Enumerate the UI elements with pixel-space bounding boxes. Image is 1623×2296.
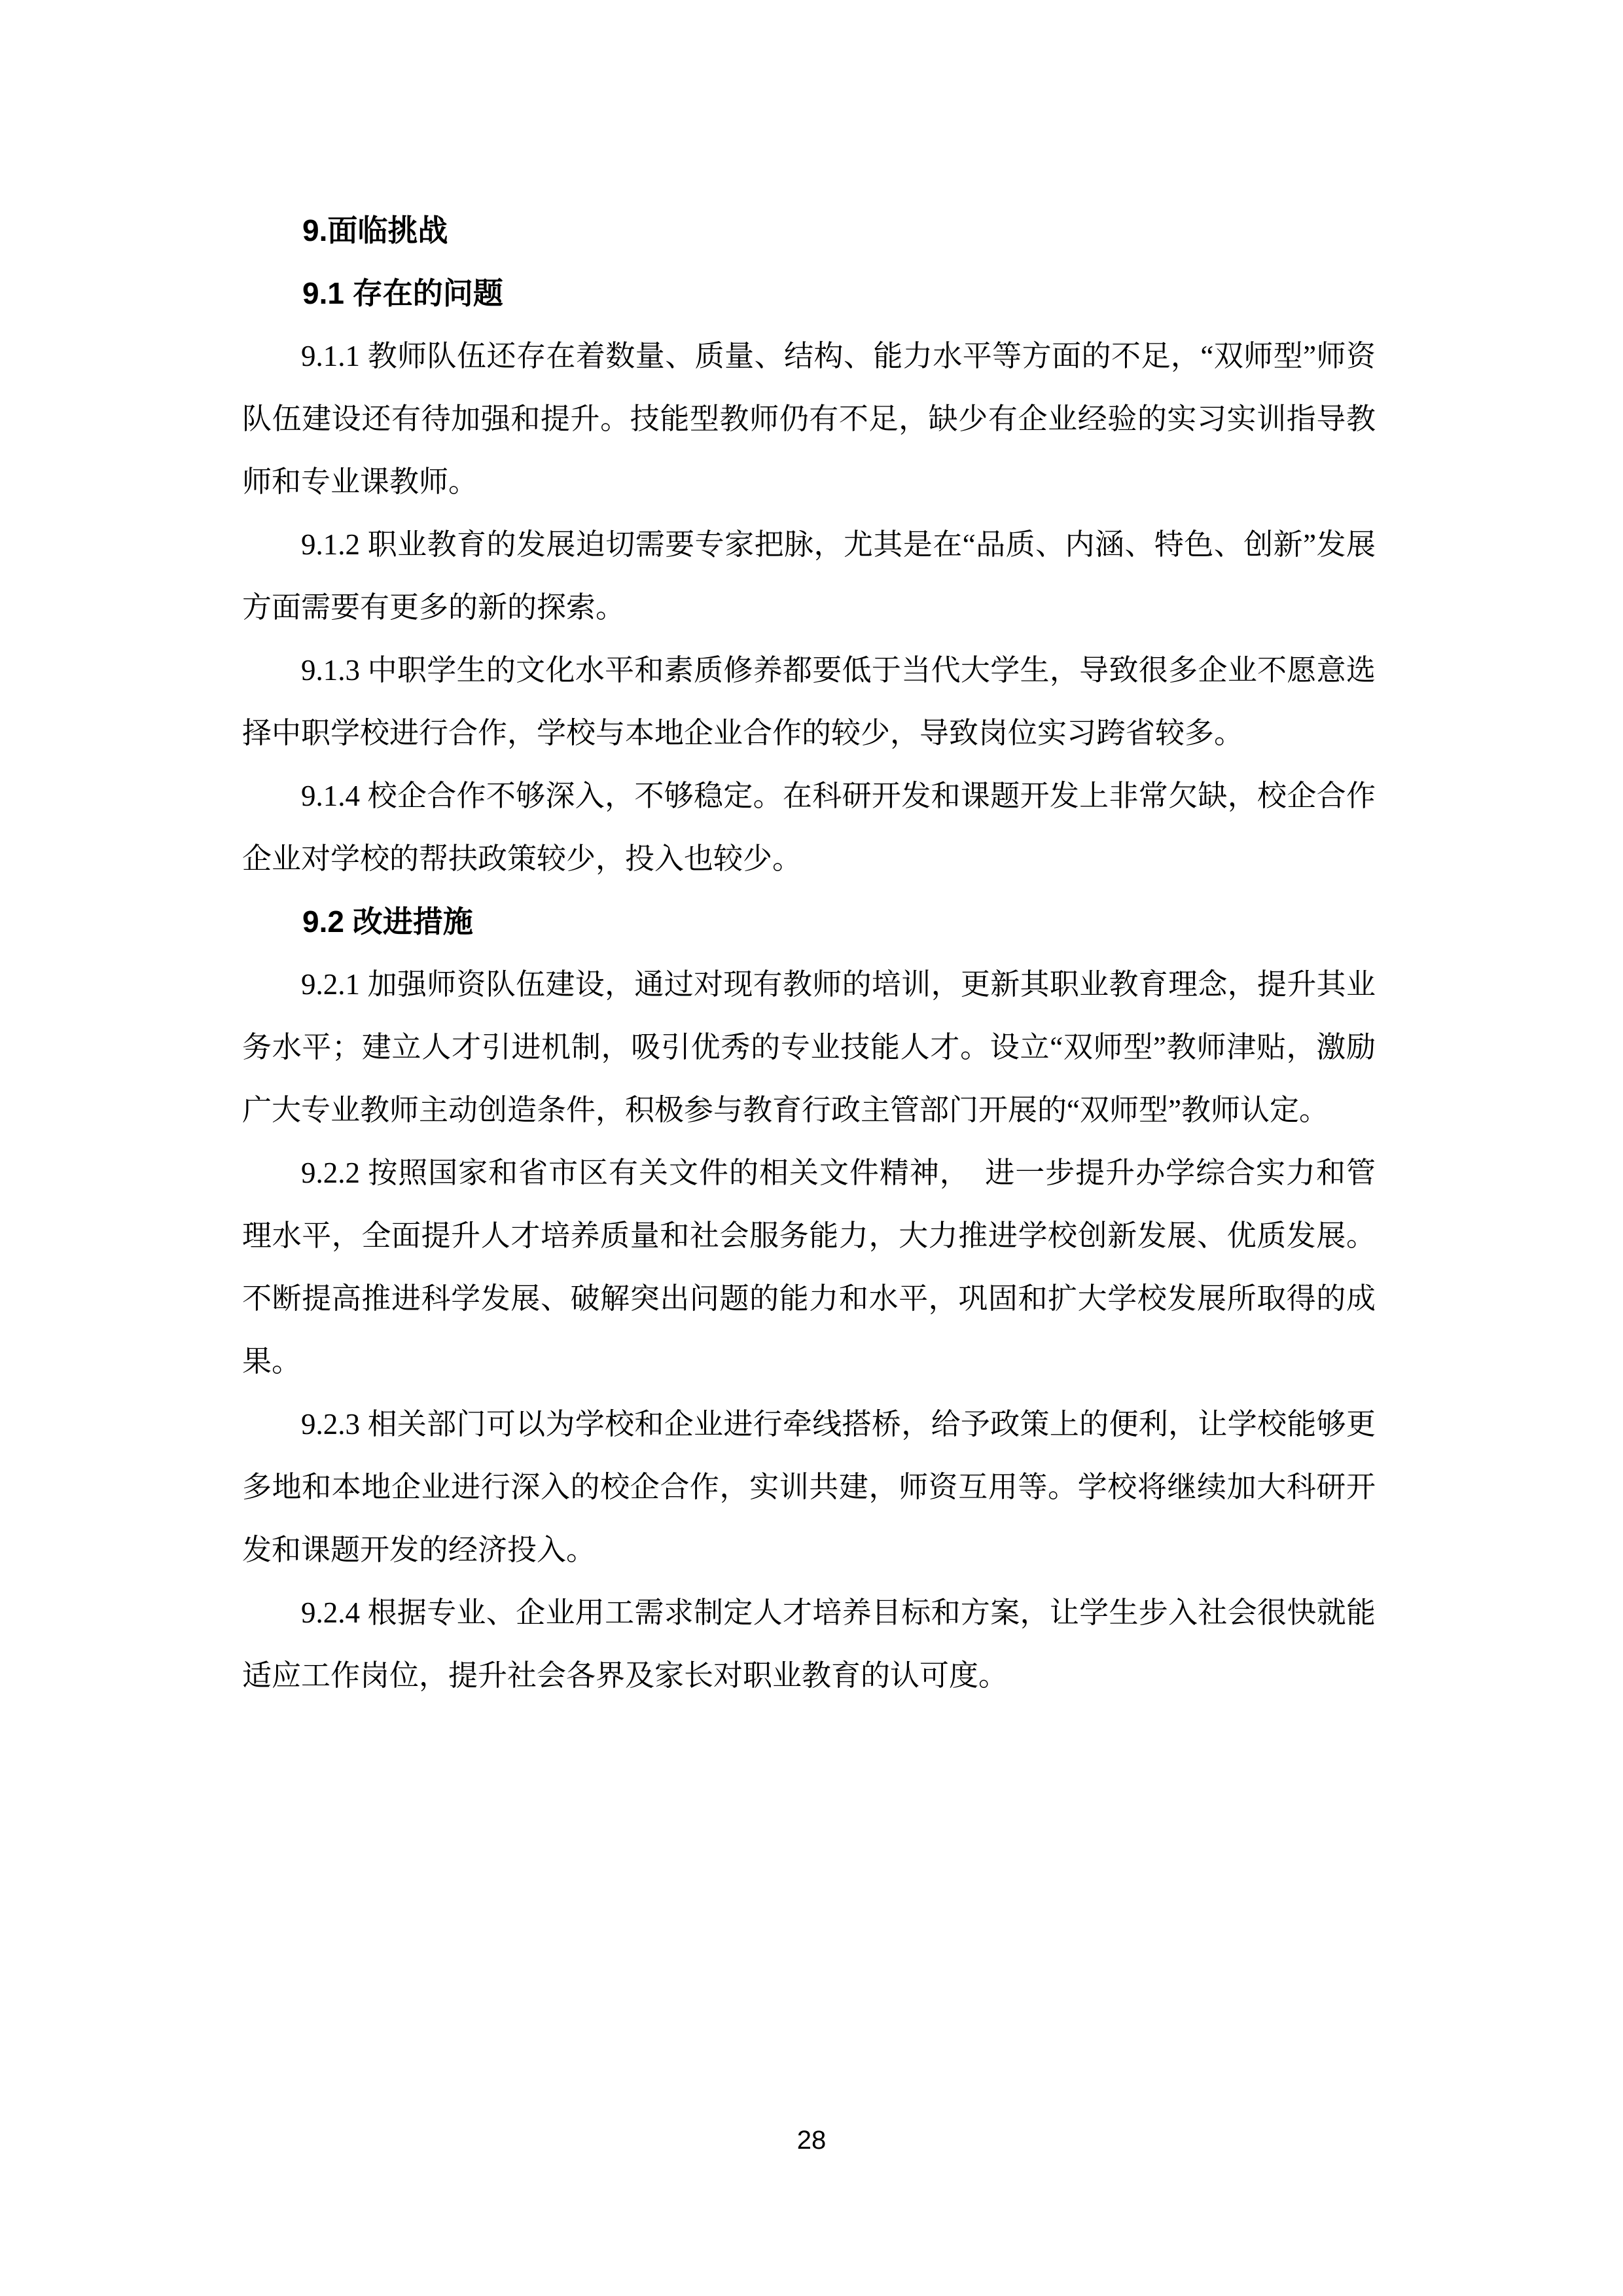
paragraph-9-2-2: 9.2.2 按照国家和省市区有关文件的相关文件精神， 进一步提升办学综合实力和管…: [242, 1141, 1376, 1393]
paragraph-9-1-3: 9.1.3 中职学生的文化水平和素质修养都要低于当代大学生，导致很多企业不愿意选…: [242, 639, 1376, 764]
document-page: 9.面临挑战 9.1 存在的问题 9.1.1 教师队伍还存在着数量、质量、结构、…: [0, 0, 1623, 2296]
paragraph-9-2-4: 9.2.4 根据专业、企业用工需求制定人才培养目标和方案，让学生步入社会很快就能…: [242, 1581, 1376, 1707]
heading-9-1-problems: 9.1 存在的问题: [242, 262, 1376, 325]
paragraph-9-1-1: 9.1.1 教师队伍还存在着数量、质量、结构、能力水平等方面的不足，“双师型”师…: [242, 325, 1376, 513]
document-body: 9.面临挑战 9.1 存在的问题 9.1.1 教师队伍还存在着数量、质量、结构、…: [242, 199, 1376, 1707]
paragraph-9-1-4: 9.1.4 校企合作不够深入，不够稳定。在科研开发和课题开发上非常欠缺，校企合作…: [242, 764, 1376, 890]
paragraph-9-1-2: 9.1.2 职业教育的发展迫切需要专家把脉，尤其是在“品质、内涵、特色、创新”发…: [242, 513, 1376, 639]
paragraph-9-2-1: 9.2.1 加强师资队伍建设，通过对现有教师的培训，更新其职业教育理念，提升其业…: [242, 953, 1376, 1141]
heading-9-challenges: 9.面临挑战: [242, 199, 1376, 262]
paragraph-9-2-3: 9.2.3 相关部门可以为学校和企业进行牵线搭桥，给予政策上的便利，让学校能够更…: [242, 1393, 1376, 1581]
heading-9-2-measures: 9.2 改进措施: [242, 890, 1376, 953]
page-number: 28: [0, 2125, 1623, 2156]
